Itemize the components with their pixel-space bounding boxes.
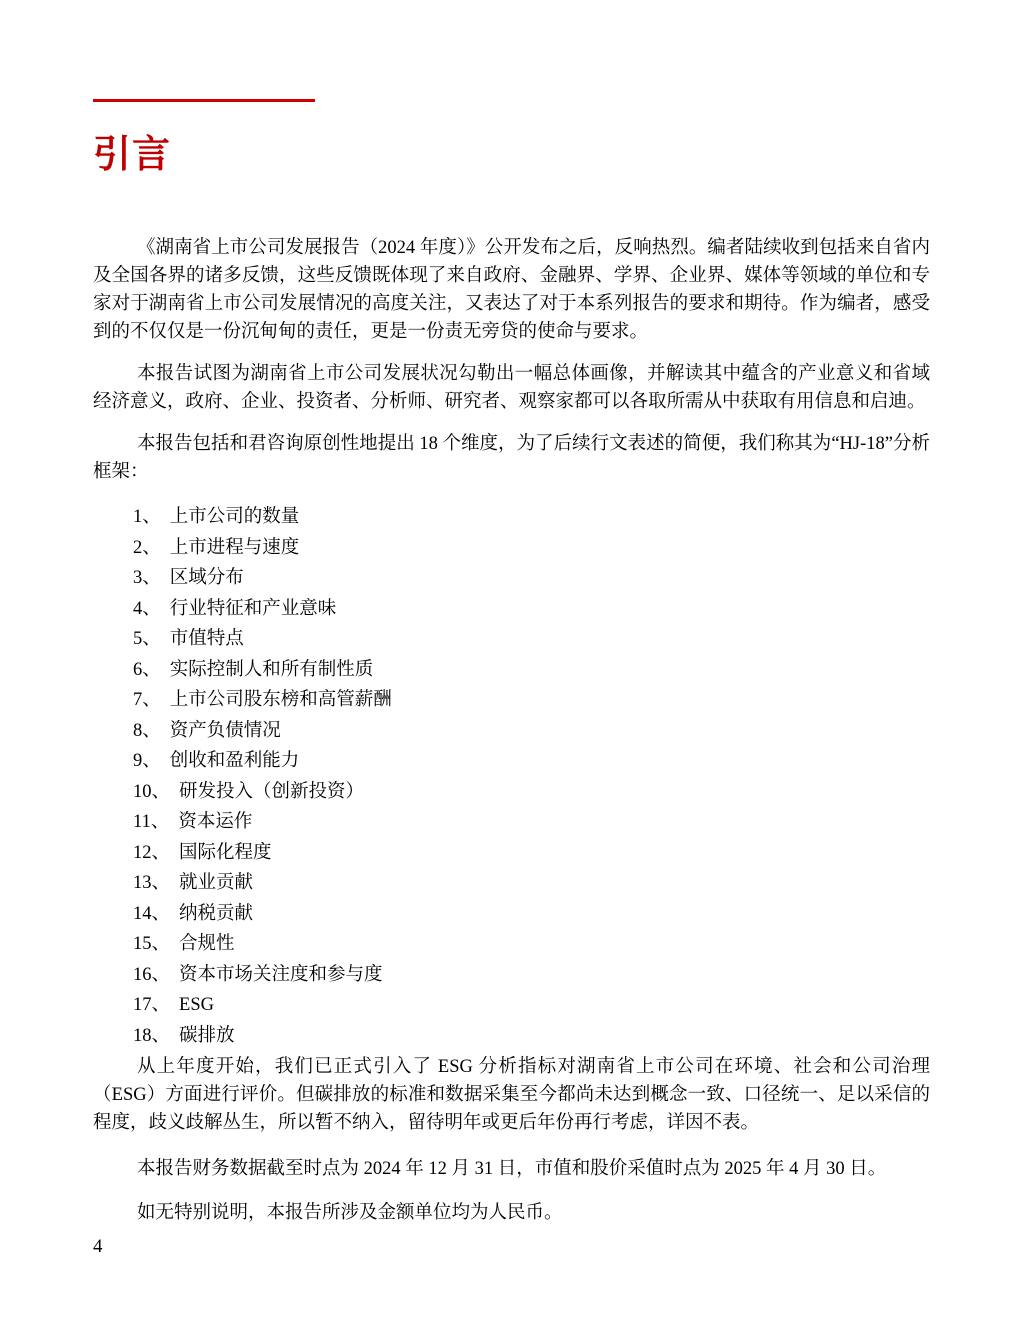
hj18-item: 17、ESG — [133, 990, 930, 1021]
item-number: 5、 — [133, 629, 161, 649]
paragraph-framework: 本报告包括和君咨询原创性地提出 18 个维度，为了后续行文表述的简便，我们称其为… — [93, 430, 930, 486]
item-text: 上市公司的数量 — [170, 507, 300, 527]
item-number: 15、 — [133, 934, 170, 954]
item-text: 合规性 — [179, 934, 235, 954]
title-rule — [93, 99, 315, 102]
hj18-item: 13、就业贡献 — [133, 868, 930, 899]
paragraph-currency-note: 如无特别说明，本报告所涉及金额单位均为人民币。 — [93, 1199, 930, 1227]
item-number: 17、 — [133, 995, 170, 1015]
item-text: 区域分布 — [170, 568, 244, 588]
item-number: 13、 — [133, 873, 170, 893]
item-number: 11、 — [133, 812, 169, 832]
item-text: 实际控制人和所有制性质 — [170, 660, 374, 680]
item-text: 资产负债情况 — [170, 721, 281, 741]
item-text: 上市进程与速度 — [170, 538, 300, 558]
item-number: 4、 — [133, 599, 161, 619]
hj18-item: 10、研发投入（创新投资） — [133, 777, 930, 808]
item-number: 12、 — [133, 843, 170, 863]
item-number: 2、 — [133, 538, 161, 558]
hj18-item: 2、上市进程与速度 — [133, 533, 930, 564]
item-text: 碳排放 — [179, 1026, 235, 1046]
item-text: 资本市场关注度和参与度 — [179, 965, 383, 985]
item-number: 9、 — [133, 751, 161, 771]
hj18-item: 1、上市公司的数量 — [133, 502, 930, 533]
item-text: 行业特征和产业意味 — [170, 599, 337, 619]
page-title: 引言 — [93, 132, 930, 178]
paragraph-purpose: 本报告试图为湖南省上市公司发展状况勾勒出一幅总体画像，并解读其中蕴含的产业意义和… — [93, 360, 930, 416]
hj18-item: 9、创收和盈利能力 — [133, 746, 930, 777]
document-body: 《湖南省上市公司发展报告（2024 年度）》公开发布之后，反响热烈。编者陆续收到… — [93, 234, 930, 1227]
hj18-item: 14、纳税贡献 — [133, 899, 930, 930]
paragraph-esg: 从上年度开始，我们已正式引入了 ESG 分析指标对湖南省上市公司在环境、社会和公… — [93, 1053, 930, 1137]
item-number: 18、 — [133, 1026, 170, 1046]
item-number: 14、 — [133, 904, 170, 924]
item-number: 1、 — [133, 507, 161, 527]
item-text: 上市公司股东榜和高管薪酬 — [170, 690, 392, 710]
hj18-item: 4、行业特征和产业意味 — [133, 594, 930, 625]
hj18-item: 3、区域分布 — [133, 563, 930, 594]
hj18-item: 15、合规性 — [133, 929, 930, 960]
hj18-item: 6、实际控制人和所有制性质 — [133, 655, 930, 686]
hj18-item: 16、资本市场关注度和参与度 — [133, 960, 930, 991]
item-number: 6、 — [133, 660, 161, 680]
paragraph-intro: 《湖南省上市公司发展报告（2024 年度）》公开发布之后，反响热烈。编者陆续收到… — [93, 234, 930, 346]
hj18-item: 8、资产负债情况 — [133, 716, 930, 747]
paragraph-data-cutoff: 本报告财务数据截至时点为 2024 年 12 月 31 日，市值和股价采值时点为… — [93, 1155, 930, 1183]
item-number: 8、 — [133, 721, 161, 741]
hj18-item: 12、国际化程度 — [133, 838, 930, 869]
item-text: ESG — [179, 995, 214, 1015]
item-text: 创收和盈利能力 — [170, 751, 300, 771]
item-text: 国际化程度 — [179, 843, 272, 863]
hj18-item: 18、碳排放 — [133, 1021, 930, 1052]
item-text: 研发投入（创新投资） — [179, 782, 364, 802]
item-text: 市值特点 — [170, 629, 244, 649]
document-page: 引言 《湖南省上市公司发展报告（2024 年度）》公开发布之后，反响热烈。编者陆… — [0, 0, 1020, 1320]
item-text: 就业贡献 — [179, 873, 253, 893]
item-number: 3、 — [133, 568, 161, 588]
item-number: 7、 — [133, 690, 161, 710]
item-text: 资本运作 — [178, 812, 252, 832]
item-number: 10、 — [133, 782, 170, 802]
item-number: 16、 — [133, 965, 170, 985]
page-number: 4 — [93, 1233, 930, 1261]
hj18-item: 5、市值特点 — [133, 624, 930, 655]
item-text: 纳税贡献 — [179, 904, 253, 924]
hj18-list: 1、上市公司的数量 2、上市进程与速度 3、区域分布 4、行业特征和产业意味 5… — [93, 502, 930, 1051]
hj18-item: 7、上市公司股东榜和高管薪酬 — [133, 685, 930, 716]
hj18-item: 11、资本运作 — [133, 807, 930, 838]
